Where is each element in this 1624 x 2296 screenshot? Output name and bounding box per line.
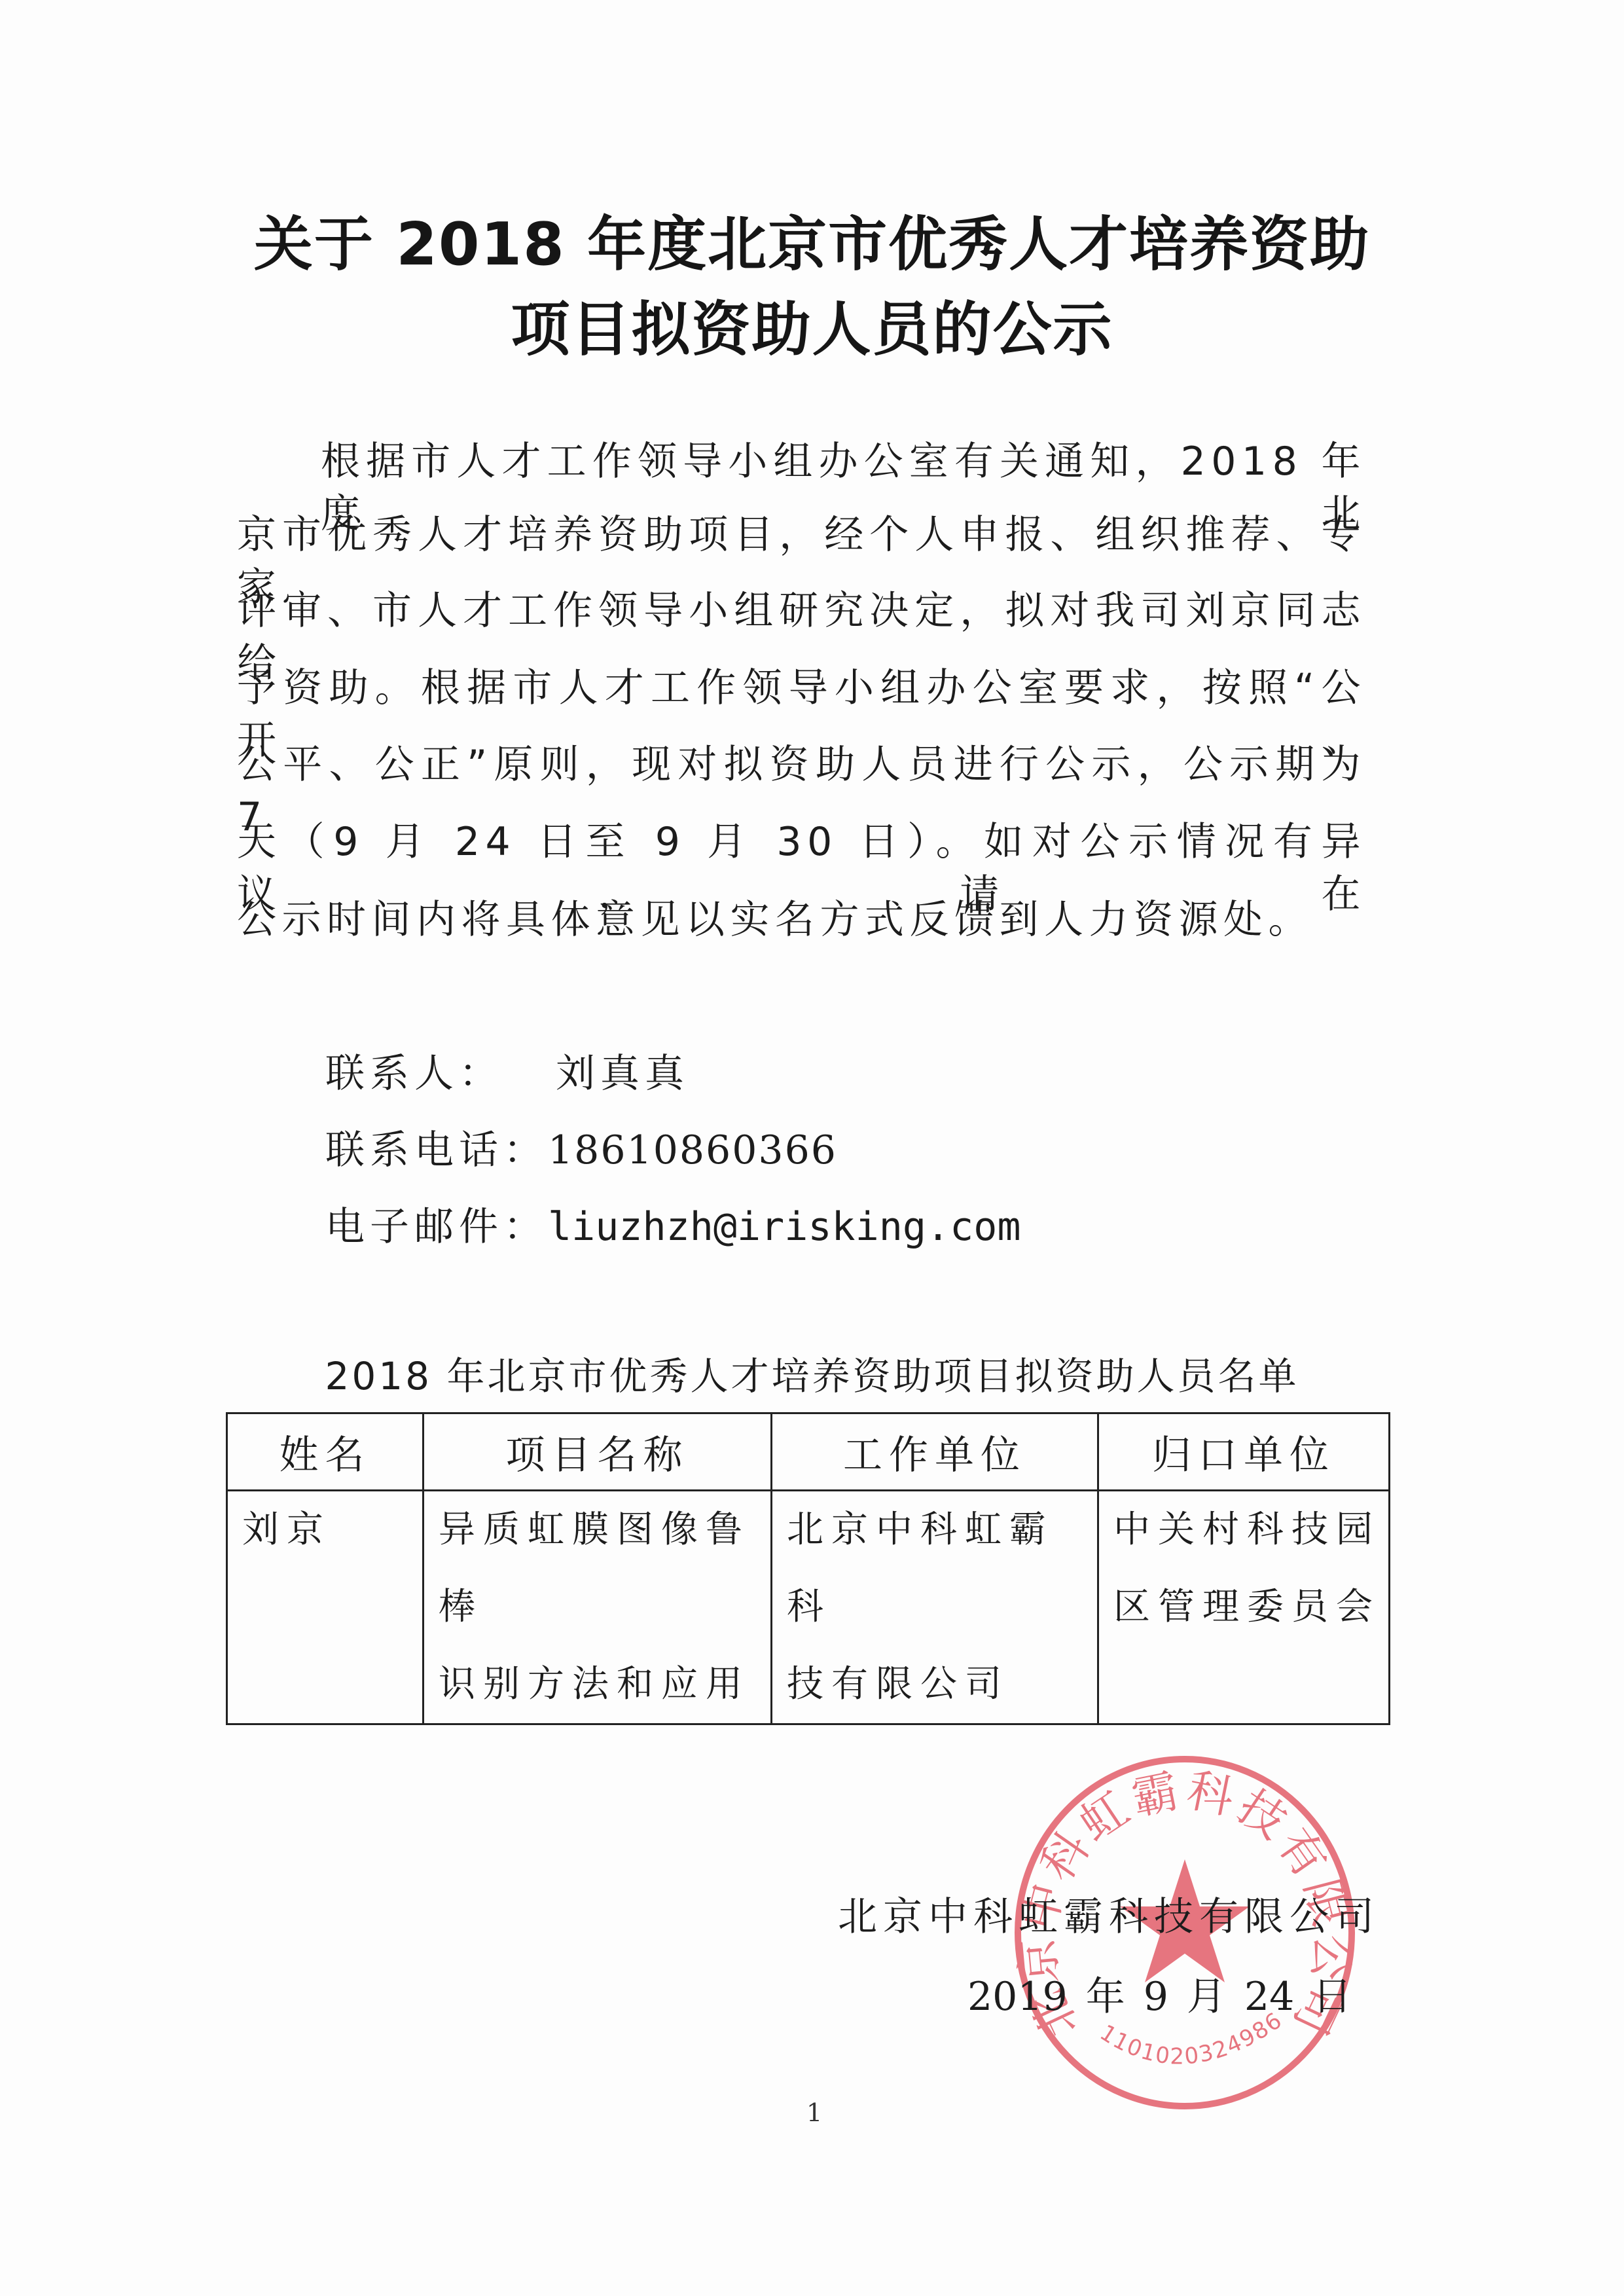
header-supervisor: 归口单位 [1098,1413,1390,1491]
body-line: 公示时间内将具体意见以实名方式反馈到人力资源处。 [237,894,1366,946]
header-project: 项目名称 [424,1413,772,1491]
cell-supervisor: 中关村科技园 区管理委员会 [1098,1491,1390,1724]
cell-supervisor-line: 区管理委员会 [1113,1569,1388,1646]
cell-supervisor-line: 中关村科技园 [1113,1491,1388,1569]
date-month: 9 [1144,1971,1168,2023]
contact-person-row: 联系人：刘真真 [325,1048,689,1100]
contact-email-label: 电子邮件： [325,1204,548,1250]
contact-person-value: 刘真真 [556,1051,689,1097]
cell-name-text: 刘京 [242,1508,331,1551]
cell-name: 刘京 [227,1491,424,1724]
cell-employer-line: 技有限公司 [787,1646,1097,1723]
cell-employer-line: 北京中科虹霸科 [787,1491,1097,1646]
contact-person-label: 联系人： [325,1051,503,1097]
recipient-table: 姓名 项目名称 工作单位 归口单位 刘京 异质虹膜图像鲁棒 识别方法和应用 北京… [226,1412,1390,1725]
cell-project-line: 异质虹膜图像鲁棒 [439,1491,770,1646]
table-row: 刘京 异质虹膜图像鲁棒 识别方法和应用 北京中科虹霸科 技有限公司 中关村科技园… [227,1491,1390,1724]
date-year: 2019 [967,1971,1068,2023]
date-month-unit: 月 [1187,1971,1226,2023]
contact-phone-value: 18610860366 [548,1127,837,1173]
contact-email-row: 电子邮件：liuzhzh@irisking.com [325,1201,1020,1253]
table-header-row: 姓名 项目名称 工作单位 归口单位 [227,1413,1390,1491]
cell-project-line: 识别方法和应用 [439,1646,770,1723]
page-number: 1 [806,2098,822,2127]
cell-employer: 北京中科虹霸科 技有限公司 [772,1491,1098,1724]
table-caption: 2018 年北京市优秀人才培养资助项目拟资助人员名单 [0,1350,1624,1402]
cell-project: 异质虹膜图像鲁棒 识别方法和应用 [424,1491,772,1724]
contact-phone-row: 联系电话：18610860366 [325,1124,837,1176]
signature-date: 2019年9月24日 [967,1971,1352,2023]
date-year-unit: 年 [1086,1971,1125,2023]
contact-phone-label: 联系电话： [325,1127,548,1173]
header-employer: 工作单位 [772,1413,1098,1491]
date-day: 24 [1244,1971,1294,2023]
document-title-line-1: 关于 2018 年度北京市优秀人才培养资助 [0,196,1624,282]
date-day-unit: 日 [1312,1971,1352,2023]
header-name: 姓名 [227,1413,424,1491]
contact-email-value[interactable]: liuzhzh@irisking.com [548,1204,1020,1250]
document-title-line-2: 项目拟资助人员的公示 [0,282,1624,367]
signature-company: 北京中科虹霸科技有限公司 [838,1891,1380,1943]
